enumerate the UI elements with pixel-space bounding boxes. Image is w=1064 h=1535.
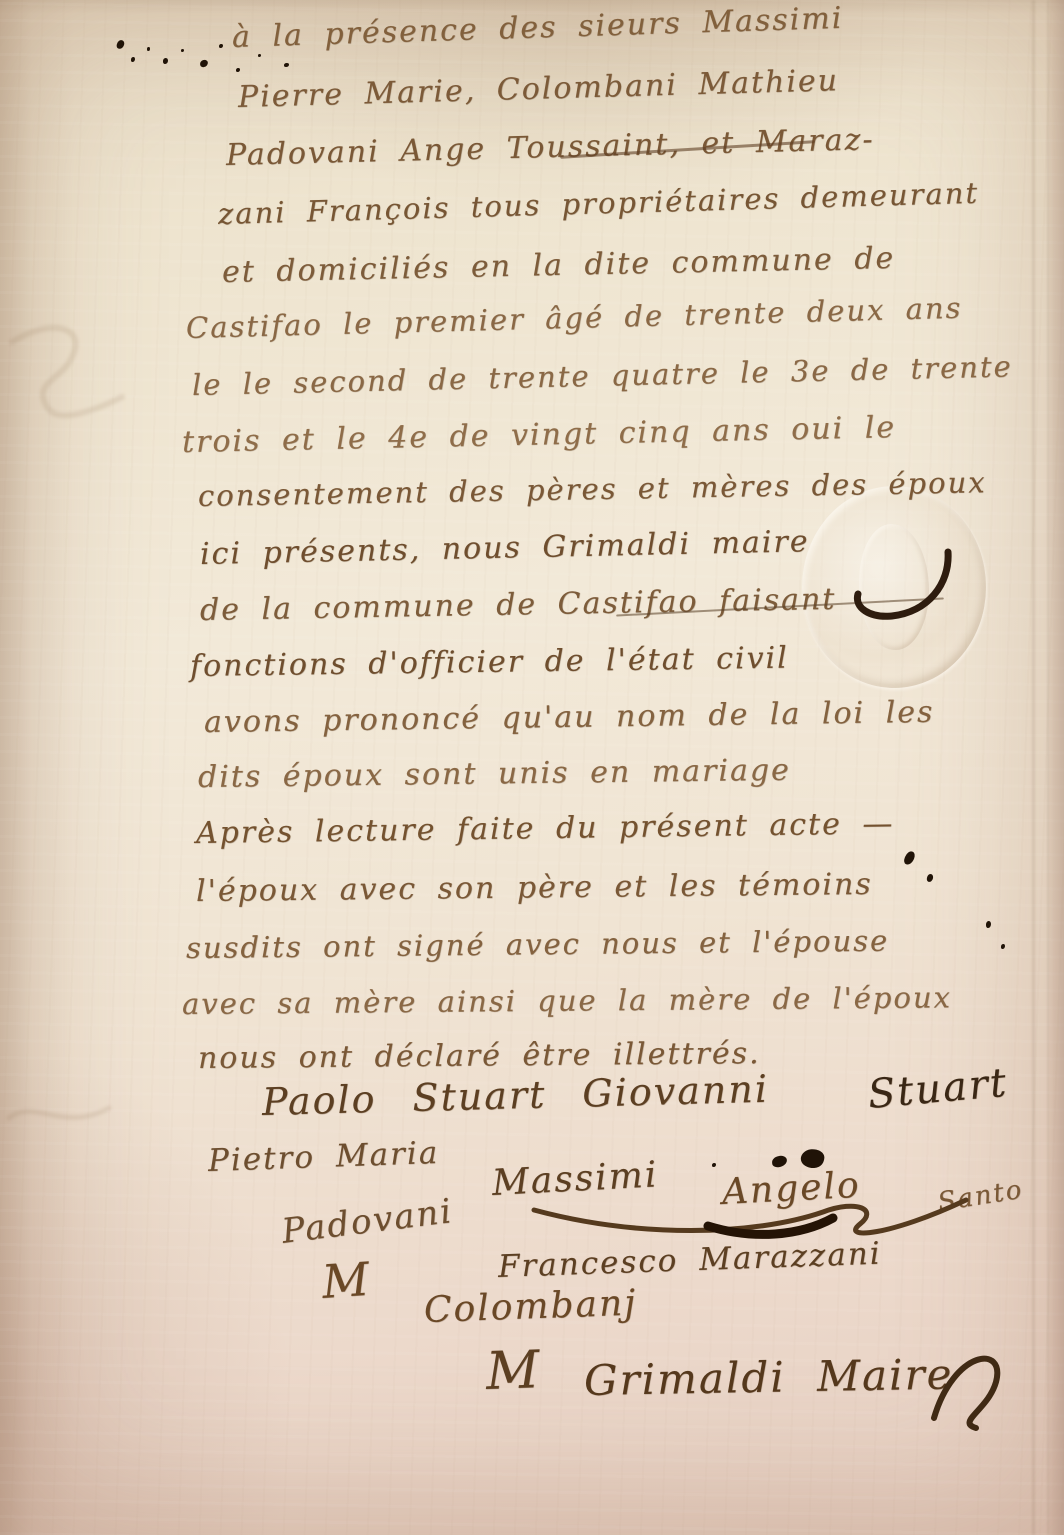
ink-blot (771, 1155, 787, 1168)
text-line-13: avons prononcé qu'au nom de la loi les (204, 695, 935, 740)
ink-blot (163, 58, 168, 64)
ghost-bleedthrough (0, 312, 142, 442)
ink-blot (284, 63, 289, 67)
ghost-bleedthrough (4, 1078, 114, 1148)
text-line-6: Castifao le premier âgé de trente deux a… (186, 291, 963, 345)
text-line-1: à la présence des sieurs Massimi (231, 1, 843, 55)
text-line-16: l'époux avec son père et les témoins (196, 867, 873, 909)
ink-blot (199, 59, 208, 68)
signature-grimaldi-maire: Grimaldi Maire (584, 1350, 954, 1405)
ink-blot (181, 49, 184, 52)
signature-colombani-initial: M (320, 1252, 373, 1309)
text-line-15: Après lecture faite du présent acte — (196, 806, 895, 851)
signature-paolo-stuart-giovanni: Paolo Stuart Giovanni (261, 1067, 769, 1124)
text-line-17: susdits ont signé avec nous et l'épouse (186, 924, 890, 965)
text-line-10: ici présents, nous Grimaldi maire (200, 524, 810, 572)
text-line-8: trois et le 4e de vingt cinq ans oui le (182, 410, 897, 460)
signature-stuart: Stuart (866, 1060, 1010, 1118)
text-line-11: de la commune de Castifao faisant (200, 582, 837, 628)
signature-pietro-maria: Pietro Maria (207, 1135, 439, 1179)
signature-massimi: Massimi (491, 1154, 659, 1204)
signature-santo: Santo (936, 1175, 1026, 1218)
text-line-9: consentement des pères et mères des épou… (198, 465, 987, 513)
text-line-4: zani François tous propriétaires demeura… (218, 176, 980, 231)
ink-blot (131, 57, 135, 62)
ink-flourish-maire (846, 546, 958, 634)
manuscript-page: à la présence des sieurs Massimi Pierre … (0, 0, 1064, 1535)
ink-blot (116, 39, 125, 50)
text-line-2: Pierre Marie, Colombani Mathieu (238, 63, 840, 115)
signature-grimaldi-initial: M (485, 1340, 542, 1402)
ink-blot (926, 874, 933, 883)
text-line-18: avec sa mère ainsi que la mère de l'épou… (182, 980, 952, 1021)
text-line-14: dits époux sont unis en mariage (198, 753, 791, 795)
ink-blot (712, 1163, 716, 1167)
text-line-12: fonctions d'officier de l'état civil (190, 641, 789, 684)
ink-blot (219, 44, 223, 48)
ink-blot (903, 850, 917, 866)
ink-blot (986, 921, 991, 928)
seal-effigy (859, 524, 929, 649)
ink-blot (236, 68, 240, 72)
signature-padovani: Padovani (280, 1191, 456, 1252)
ink-blot (147, 47, 150, 51)
text-line-5: et domiciliés en la dite commune de (222, 241, 896, 290)
ink-blot (1001, 944, 1005, 949)
page-edge (1046, 0, 1064, 1535)
fold-crease (1047, 0, 1049, 1535)
signature-colombani: Colombanj (423, 1283, 638, 1331)
signature-francesco-marazzani: Francesco Marazzani (497, 1236, 882, 1285)
signature-angelo: Angelo (721, 1165, 862, 1213)
text-line-7: le le second de trente quatre le 3e de t… (192, 349, 1013, 402)
text-line-3: Padovani Ange Toussaint, et Maraz- (226, 122, 875, 173)
fold-crease (1032, 0, 1035, 1535)
ink-blot (258, 54, 261, 57)
